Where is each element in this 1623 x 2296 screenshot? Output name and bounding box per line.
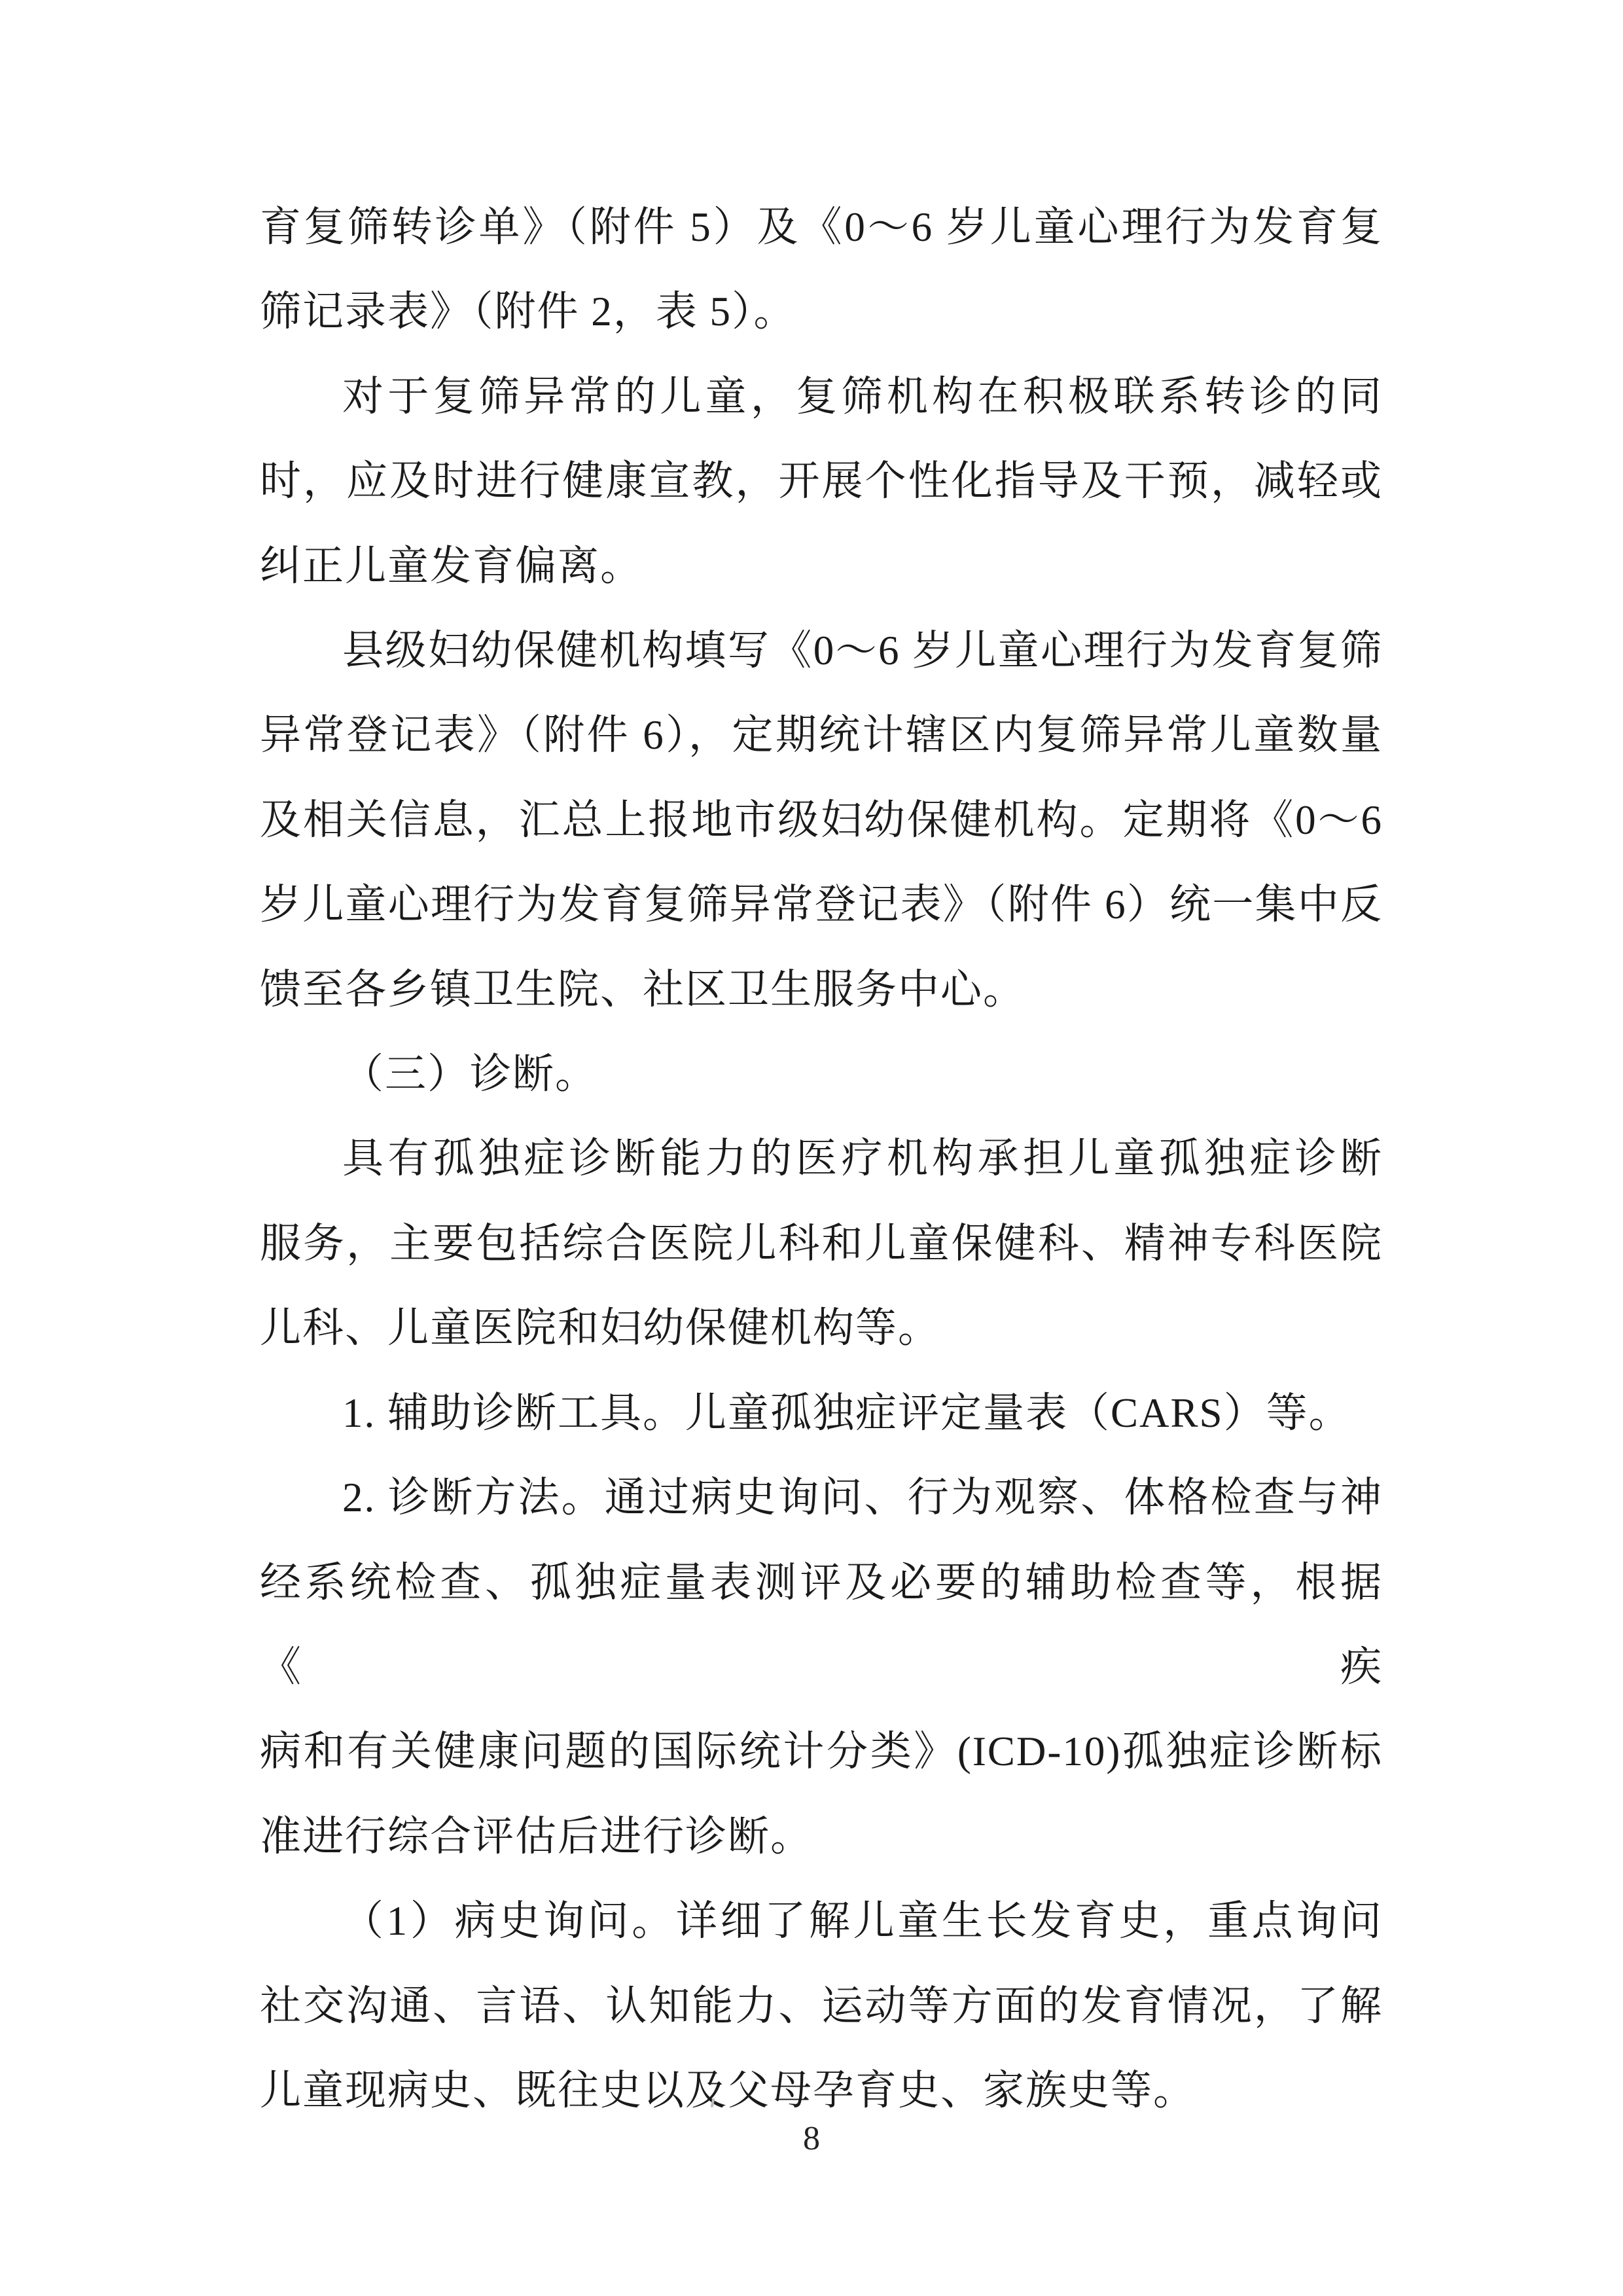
text-line: 时，应及时进行健康宣教，开展个性化指导及干预，减轻或 (260, 439, 1383, 524)
text-line: 岁儿童心理行为发育复筛异常登记表》（附件 6）统一集中反 (260, 863, 1383, 947)
text-line: 社交沟通、言语、认知能力、运动等方面的发育情况，了解 (260, 1964, 1383, 2049)
text-line: 异常登记表》（附件 6），定期统计辖区内复筛异常儿童数量 (260, 693, 1383, 778)
text-line: 筛记录表》（附件 2，表 5）。 (260, 270, 1383, 354)
text-line: 服务，主要包括综合医院儿科和儿童保健科、精神专科医院 (260, 1202, 1383, 1286)
text-line: 1. 辅助诊断工具。儿童孤独症评定量表（CARS）等。 (260, 1371, 1383, 1456)
text-line: 2. 诊断方法。通过病史询问、行为观察、体格检查与神 (260, 1456, 1383, 1540)
text-line: （三）诊断。 (260, 1032, 1383, 1117)
text-line: 馈至各乡镇卫生院、社区卫生服务中心。 (260, 948, 1383, 1032)
text-block: 育复筛转诊单》（附件 5）及《0～6 岁儿童心理行为发育复筛记录表》（附件 2，… (260, 185, 1383, 2133)
text-line: （1）病史询问。详细了解儿童生长发育史，重点询问 (260, 1879, 1383, 1964)
text-line: 准进行综合评估后进行诊断。 (260, 1795, 1383, 1879)
text-line: 对于复筛异常的儿童，复筛机构在积极联系转诊的同 (260, 355, 1383, 439)
text-line: 经系统检查、孤独症量表测评及必要的辅助检查等，根据《疾 (260, 1541, 1383, 1710)
text-line: 及相关信息，汇总上报地市级妇幼保健机构。定期将《0～6 (260, 778, 1383, 863)
document-page: 育复筛转诊单》（附件 5）及《0～6 岁儿童心理行为发育复筛记录表》（附件 2，… (0, 0, 1623, 2296)
text-line: 病和有关健康问题的国际统计分类》(ICD-10)孤独症诊断标 (260, 1710, 1383, 1794)
text-line: 儿科、儿童医院和妇幼保健机构等。 (260, 1286, 1383, 1371)
text-line: 具有孤独症诊断能力的医疗机构承担儿童孤独症诊断 (260, 1117, 1383, 1201)
page-number: 8 (0, 2119, 1623, 2159)
text-line: 育复筛转诊单》（附件 5）及《0～6 岁儿童心理行为发育复 (260, 185, 1383, 270)
text-line: 纠正儿童发育偏离。 (260, 524, 1383, 609)
text-line: 县级妇幼保健机构填写《0～6 岁儿童心理行为发育复筛 (260, 609, 1383, 693)
